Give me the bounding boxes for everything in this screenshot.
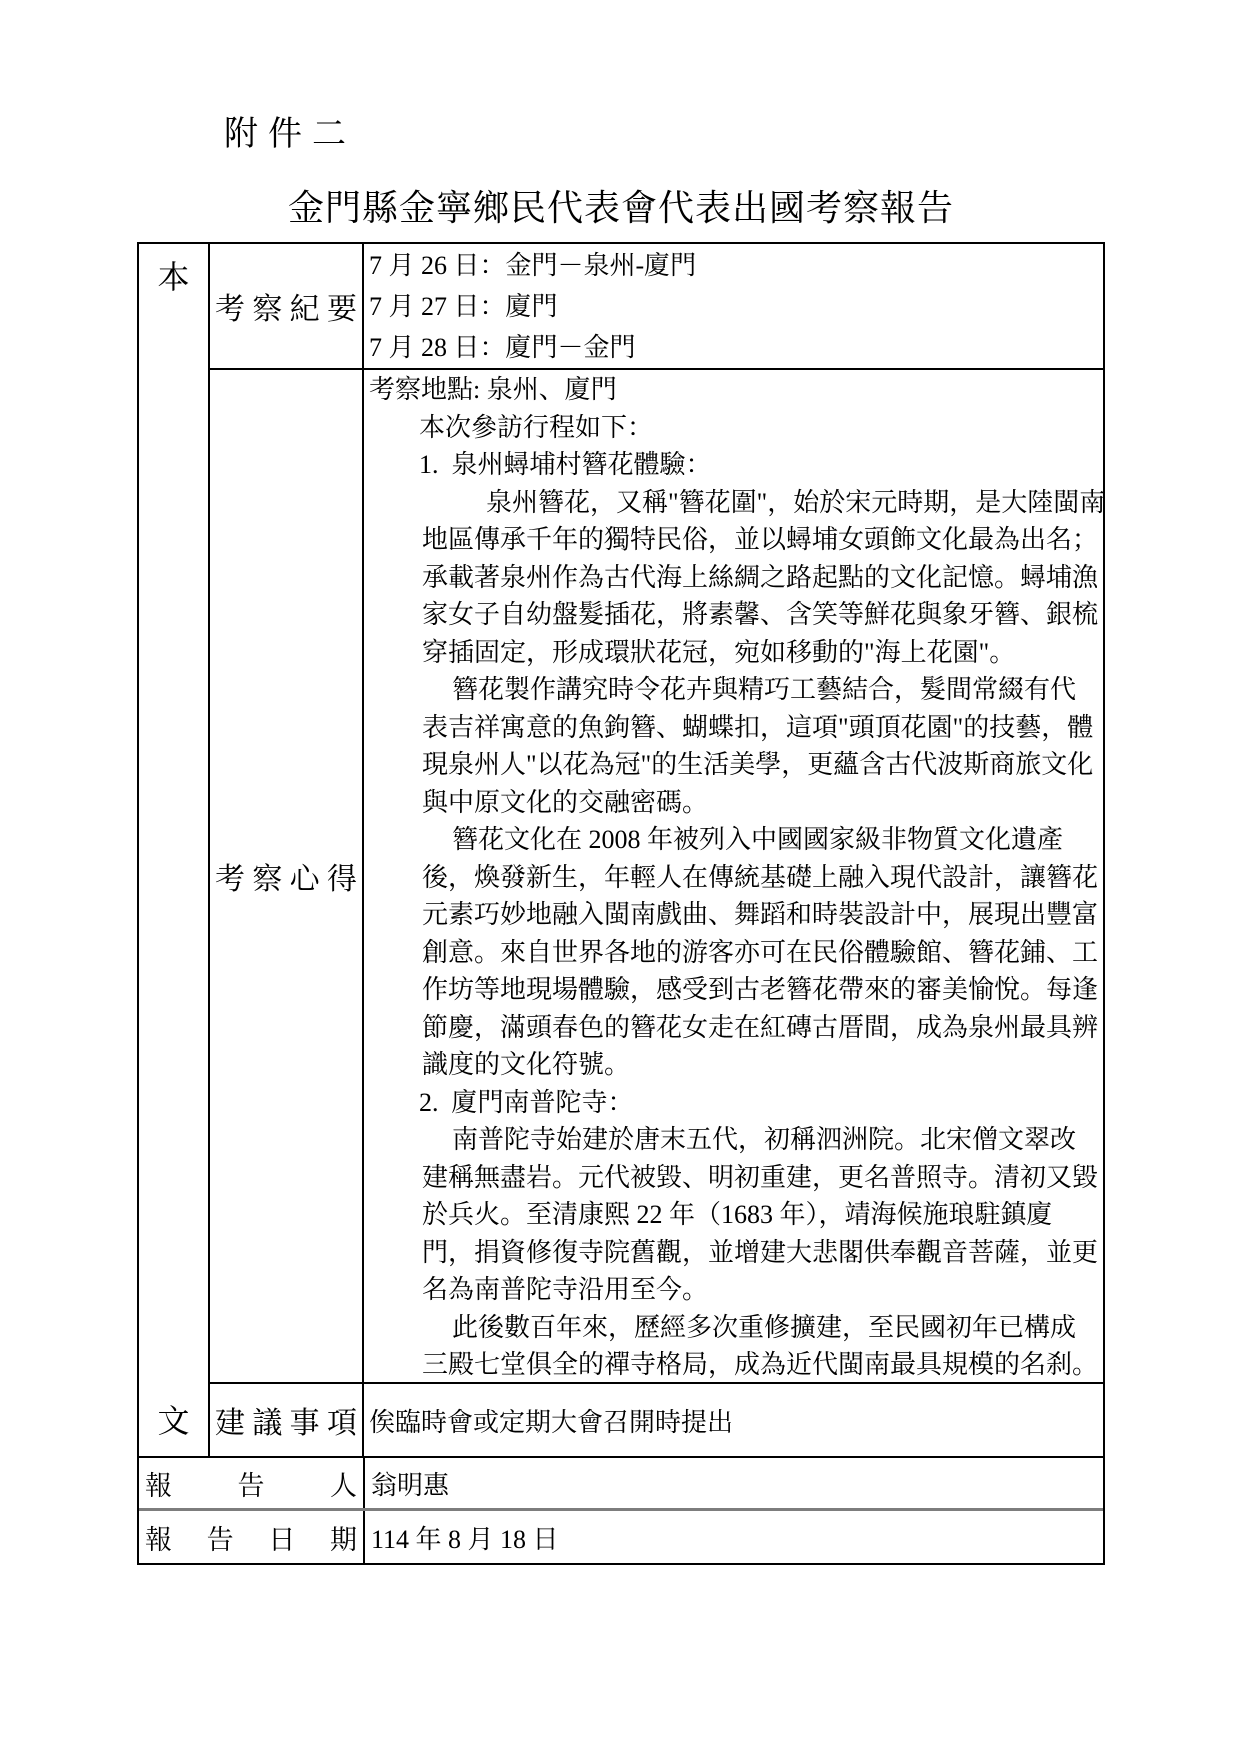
insights-line: 元素巧妙地融入閩南戲曲、舞蹈和時裝設計中，展現出豐富 — [422, 896, 1103, 934]
insights-line: 簪花製作講究時令花卉與精巧工藝結合，髮間常綴有代 — [452, 671, 1103, 709]
insights-line: 節慶，滿頭春色的簪花女走在紅磚古厝間，成為泉州最具辨 — [422, 1009, 1103, 1047]
report-title: 金門縣金寧鄉民代表會代表出國考察報告 — [137, 180, 1105, 231]
insights-line: 地區傳承千年的獨特民俗，並以蟳埔女頭飾文化最為出名； — [422, 521, 1103, 559]
row-reporter: 報告人 翁明惠 — [139, 1456, 1103, 1508]
report-date-value: 114 年 8 月 18 日 — [365, 1511, 1103, 1563]
row-suggestions: 建議事項 俟臨時會或定期大會召開時提出 — [210, 1382, 1103, 1456]
summary-label: 考察紀要 — [215, 284, 357, 328]
insights-line: 泉州簪花，又稱"簪花圍"，始於宋元時期，是大陸閩南 — [486, 484, 1103, 522]
summary-line: 7 月 26 日：金門－泉州-廈門 — [369, 245, 1103, 286]
suggestions-label-cell: 建議事項 — [210, 1384, 364, 1456]
insights-line: 1. 泉州蟳埔村簪花體驗： — [419, 446, 1103, 484]
reporter-label-cell: 報告人 — [139, 1458, 365, 1508]
report-date-label-cell: 報告日期 — [139, 1511, 365, 1563]
insights-label: 考察心得 — [215, 854, 357, 898]
insights-label-cell: 考察心得 — [210, 370, 364, 1382]
row-insights: 考察心得 考察地點: 泉州、廈門 本次參訪行程如下： 1. 泉州蟳埔村簪花體驗：… — [210, 368, 1103, 1382]
side-column-benwen: 本 文 — [139, 244, 210, 1456]
attachment-label: 附件二 — [224, 106, 356, 155]
insights-line: 三殿七堂俱全的禪寺格局，成為近代閩南最具規模的名刹。 — [422, 1346, 1103, 1382]
table-rows: 考察紀要 7 月 26 日：金門－泉州-廈門 7 月 27 日：廈門 7 月 2… — [210, 244, 1103, 1456]
insights-line: 承載著泉州作為古代海上絲綢之路起點的文化記憶。蟳埔漁 — [422, 559, 1103, 597]
row-report-date: 報告日期 114 年 8 月 18 日 — [139, 1508, 1103, 1563]
insights-line: 與中原文化的交融密碼。 — [422, 784, 1103, 822]
summary-label-cell: 考察紀要 — [210, 244, 364, 368]
insights-line: 簪花文化在 2008 年被列入中國國家級非物質文化遺產 — [452, 821, 1103, 859]
side-label-bottom: 文 — [157, 1396, 189, 1442]
insights-line: 家女子自幼盤髮插花，將素馨、含笑等鮮花與象牙簪、銀梳 — [422, 596, 1103, 634]
insights-line: 此後數百年來，歷經多次重修擴建，至民國初年已構成 — [452, 1309, 1103, 1347]
insights-line: 穿插固定，形成環狀花冠，宛如移動的"海上花園"。 — [422, 634, 1103, 672]
summary-content: 7 月 26 日：金門－泉州-廈門 7 月 27 日：廈門 7 月 28 日：廈… — [364, 244, 1103, 368]
suggestions-content: 俟臨時會或定期大會召開時提出 — [364, 1384, 1103, 1456]
insights-line: 創意。來自世界各地的游客亦可在民俗體驗館、簪花鋪、工 — [422, 934, 1103, 972]
insights-line: 南普陀寺始建於唐末五代，初稱泗洲院。北宋僧文翠改 — [452, 1121, 1103, 1159]
summary-line: 7 月 27 日：廈門 — [369, 286, 1103, 327]
summary-line: 7 月 28 日：廈門－金門 — [369, 327, 1103, 368]
insights-line: 識度的文化符號。 — [422, 1046, 1103, 1084]
insights-line: 表吉祥寓意的魚鉤簪、蝴蝶扣，這項"頭頂花園"的技藝，體 — [422, 709, 1103, 747]
insights-content: 考察地點: 泉州、廈門 本次參訪行程如下： 1. 泉州蟳埔村簪花體驗： 泉州簪花… — [364, 370, 1103, 1382]
insights-line: 現泉州人"以花為冠"的生活美學，更蘊含古代波斯商旅文化 — [422, 746, 1103, 784]
insights-line: 建稱無盡岩。元代被毀、明初重建，更名普照寺。清初又毀 — [422, 1159, 1103, 1197]
reporter-label: 報告人 — [145, 1464, 357, 1503]
insights-line: 門，捐資修復寺院舊觀，並增建大悲閣供奉觀音菩薩，並更 — [422, 1234, 1103, 1272]
insights-line: 後，煥發新生，年輕人在傳統基礎上融入現代設計，讓簪花 — [422, 859, 1103, 897]
insights-line: 作坊等地現場體驗，感受到古老簪花帶來的審美愉悅。每逢 — [422, 971, 1103, 1009]
insights-line: 考察地點: 泉州、廈門 — [369, 371, 1103, 409]
row-summary: 考察紀要 7 月 26 日：金門－泉州-廈門 7 月 27 日：廈門 7 月 2… — [210, 244, 1103, 368]
reporter-value: 翁明惠 — [365, 1458, 1103, 1508]
insights-line: 2. 廈門南普陀寺： — [419, 1084, 1103, 1122]
insights-line: 名為南普陀寺沿用至今。 — [422, 1271, 1103, 1309]
report-date-label: 報告日期 — [145, 1518, 357, 1557]
report-table: 本 文 考察紀要 7 月 26 日：金門－泉州-廈門 7 月 27 日：廈門 7 — [137, 242, 1105, 1565]
insights-line: 本次參訪行程如下： — [419, 409, 1103, 447]
suggestions-value: 俟臨時會或定期大會召開時提出 — [369, 1402, 733, 1439]
table-main-section: 本 文 考察紀要 7 月 26 日：金門－泉州-廈門 7 月 27 日：廈門 7 — [139, 244, 1103, 1456]
side-label-top: 本 — [157, 252, 189, 298]
document-page: 附件二 金門縣金寧鄉民代表會代表出國考察報告 本 文 考察紀要 7 月 26 日… — [0, 0, 1240, 1754]
suggestions-label: 建議事項 — [215, 1398, 357, 1442]
insights-line: 於兵火。至清康熙 22 年（1683 年），靖海候施琅駐鎮廈 — [422, 1196, 1103, 1234]
